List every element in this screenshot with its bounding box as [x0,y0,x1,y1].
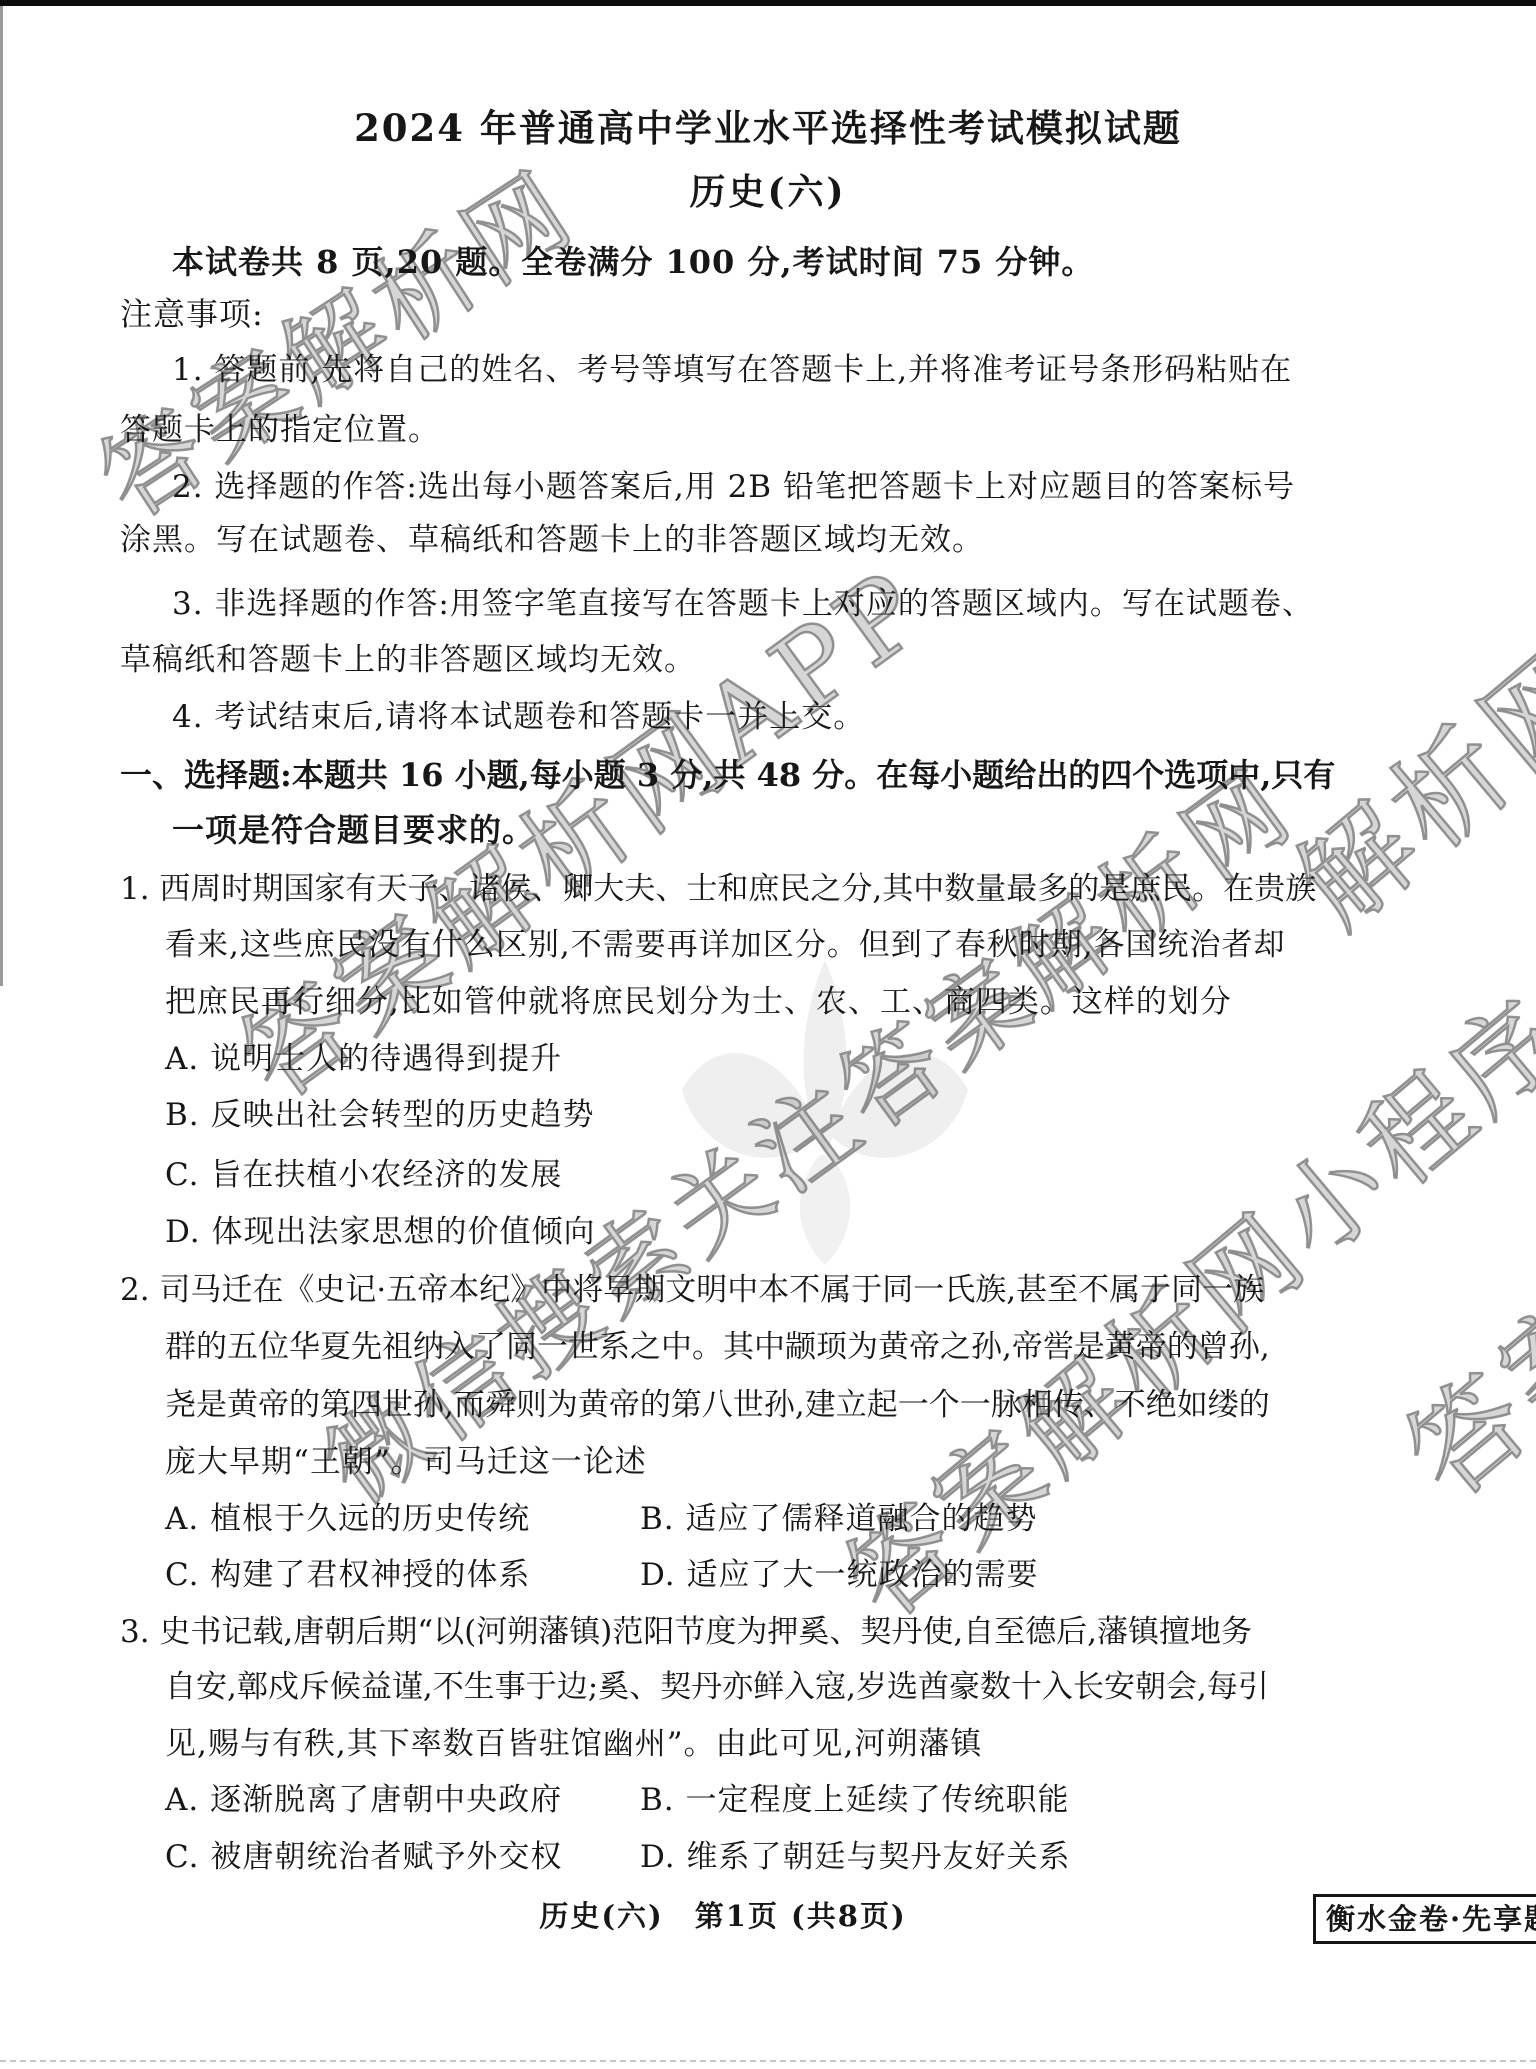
q2-line-2: 群的五位华夏先祖纳入了同一世系之中。其中颛顼为黄帝之孙,帝喾是黄帝的曾孙, [165,1332,1270,1363]
q3-line-3: 见,赐与有秩,其下率数百皆驻馆幽州”。由此可见,河朔藩镇 [165,1729,982,1760]
q1-line-2: 看来,这些庶民没有什么区别,不需要再详加区分。但到了春秋时期,各国统治者却 [165,930,1286,961]
q3-line-1: 3. 史书记载,唐朝后期“以(河朔藩镇)范阳节度为押奚、契丹使,自至德后,藩镇擅… [120,1617,1252,1648]
exam-meta-line: 本试卷共 8 页,20 题。全卷满分 100 分,考试时间 75 分钟。 [172,246,1094,278]
q3-option-a: A. 逐渐脱离了唐朝中央政府 [165,1785,562,1816]
q2-option-b: B. 适应了儒释道融合的趋势 [640,1504,1038,1535]
notice-4-line-1: 4. 考试结束后,请将本试题卷和答题卡一并上交。 [172,702,865,733]
q1-option-c: C. 旨在扶植小农经济的发展 [165,1160,562,1191]
q1-option-b: B. 反映出社会转型的历史趋势 [165,1100,595,1131]
q3-line-2: 自安,鄣戍斥候益谨,不生事于边;奚、契丹亦鲜入寇,岁选酋豪数十入长安朝会,每引 [165,1672,1269,1703]
top-scan-border [0,0,1536,6]
q1-line-1: 1. 西周时期国家有天子、诸侯、卿大夫、士和庶民之分,其中数量最多的是庶民。在贵… [120,874,1316,905]
brand-box: 衡水金卷·先享题 [1313,1894,1536,1944]
q3-option-b: B. 一定程度上延续了传统职能 [640,1785,1070,1816]
notice-3-line-1: 3. 非选择题的作答:用签字笔直接写在答题卡上对应的答题区域内。写在试题卷、 [172,589,1314,620]
notice-heading: 注意事项: [120,298,264,330]
q1-line-3: 把庶民再行细分,比如管仲就将庶民划分为士、农、工、商四类。这样的划分 [165,987,1232,1018]
notice-2-line-2: 涂黑。写在试题卷、草稿纸和答题卡上的非答题区域均无效。 [120,525,984,556]
notice-1-line-1: 1. 答题前,先将自己的姓名、考号等填写在答题卡上,并将准考证号条形码粘贴在 [172,355,1292,386]
q3-option-d: D. 维系了朝廷与契丹友好关系 [640,1842,1070,1873]
exam-paper-page: 答案解析网 答案解析网APP 微信搜索关注答案解析网 答案解析网小程序 答案解析… [0,0,1536,2069]
q2-line-1: 2. 司马迁在《史记·五帝本纪》中将早期文明中本不属于同一氏族,甚至不属于同一族 [120,1275,1264,1306]
q2-line-3: 尧是黄帝的第四世孙,而舜则为黄帝的第八世孙,建立起一个一脉相传、不绝如缕的 [165,1390,1270,1421]
section-header-line-2: 一项是符合题目要求的。 [172,814,535,846]
q2-option-a: A. 植根于久远的历史传统 [165,1504,530,1535]
q1-option-a: A. 说明士人的待遇得到提升 [165,1044,562,1075]
q1-option-d: D. 体现出法家思想的价值倾向 [165,1217,595,1248]
brand-label: 衡水金卷·先享题 [1326,1902,1536,1936]
q2-option-d: D. 适应了大一统政治的需要 [640,1560,1038,1591]
section-header-line-1: 一、选择题:本题共 16 小题,每小题 3 分,共 48 分。在每小题给出的四个… [120,759,1335,791]
q2-option-c: C. 构建了君权神授的体系 [165,1560,530,1591]
notice-3-line-2: 草稿纸和答题卡上的非答题区域均无效。 [120,645,696,676]
left-scan-line [0,6,3,986]
subject-title: 历史(六) [60,174,1476,210]
notice-2-line-1: 2. 选择题的作答:选出每小题答案后,用 2B 铅笔把答题卡上对应题目的答案标号 [172,472,1295,503]
exam-title: 2024 年普通高中学业水平选择性考试模拟试题 [60,110,1476,147]
bottom-dashed-line [0,2060,1536,2062]
q3-option-c: C. 被唐朝统治者赋予外交权 [165,1842,562,1873]
q2-line-4: 庞大早期“王朝”。司马迁这一论述 [165,1447,647,1478]
footer-page-label: 历史(六) 第1页 (共8页) [0,1902,1446,1931]
notice-1-line-2: 答题卡上的指定位置。 [120,415,440,446]
